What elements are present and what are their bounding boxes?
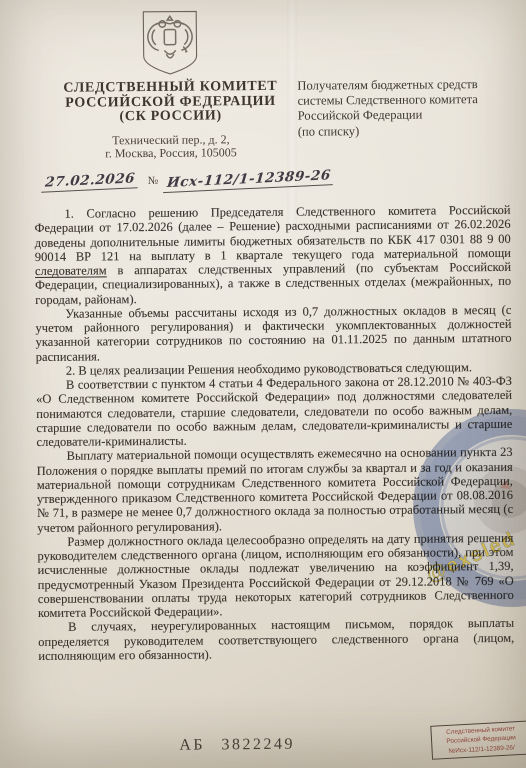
handwritten-outgoing-number: Исх-112/1-12389-26 [163, 167, 334, 193]
paragraph-1: 1. Согласно решению Председателя Следств… [34, 203, 511, 307]
paragraph-4: В соответствии с пунктом 4 статьи 4 Феде… [36, 374, 513, 449]
letter-body: 1. Согласно решению Председателя Следств… [34, 203, 514, 663]
paragraph-7: В случаях, неурегулированных настоящим п… [38, 616, 514, 663]
document-content: СЛЕДСТВЕННЫЙ КОМИТЕТ РОССИЙСКОЙ ФЕДЕРАЦИ… [0, 0, 526, 768]
paragraph-6: Размер должностного оклада целесообразно… [37, 531, 514, 621]
document-page: СЛЕДСТВЕННЫЙ КОМИТЕТ РОССИЙСКОЙ ФЕДЕРАЦИ… [0, 0, 526, 768]
underlined-term: следователям [35, 263, 107, 278]
paragraph-1-text: 1. Согласно решению Председателя Следств… [35, 203, 511, 264]
paragraph-1-text: в аппаратах следственных управлений (по … [35, 260, 511, 307]
recipient-block: Получателям бюджетных средств системы Сл… [297, 77, 478, 139]
paragraph-2: Указанные объемы рассчитаны исходя из 0,… [35, 303, 511, 364]
form-blank-number: АБ 3822249 [3, 734, 471, 756]
recipient-line: (по списку) [298, 123, 478, 140]
recipient-line: Получателям бюджетных средств [297, 77, 477, 94]
org-name: СЛЕДСТВЕННЫЙ КОМИТЕТ РОССИЙСКОЙ ФЕДЕРАЦИ… [37, 80, 303, 126]
handwritten-date: 27.02.2026 [41, 170, 139, 193]
russia-coat-of-arms-icon [122, 8, 219, 77]
date-number-line: 27.02.2026 № Исх-112/1-12389-26 [38, 170, 304, 190]
registration-stamp: Следственный комитет Российской Федераци… [430, 720, 526, 759]
letterhead: СЛЕДСТВЕННЫЙ КОМИТЕТ РОССИЙСКОЙ ФЕДЕРАЦИ… [37, 8, 305, 191]
org-address: Технический пер., д. 2, г. Москва, Росси… [38, 132, 304, 161]
number-sign: № [148, 174, 159, 186]
paragraph-5: Выплату материальной помощи осуществлять… [37, 445, 514, 535]
address-line: г. Москва, Россия, 105005 [38, 146, 304, 162]
org-name-line: (СК РОССИИ) [38, 109, 304, 126]
recipient-line: системы Следственного комитета [297, 92, 477, 109]
recipient-line: Российской Федерации [298, 108, 478, 125]
